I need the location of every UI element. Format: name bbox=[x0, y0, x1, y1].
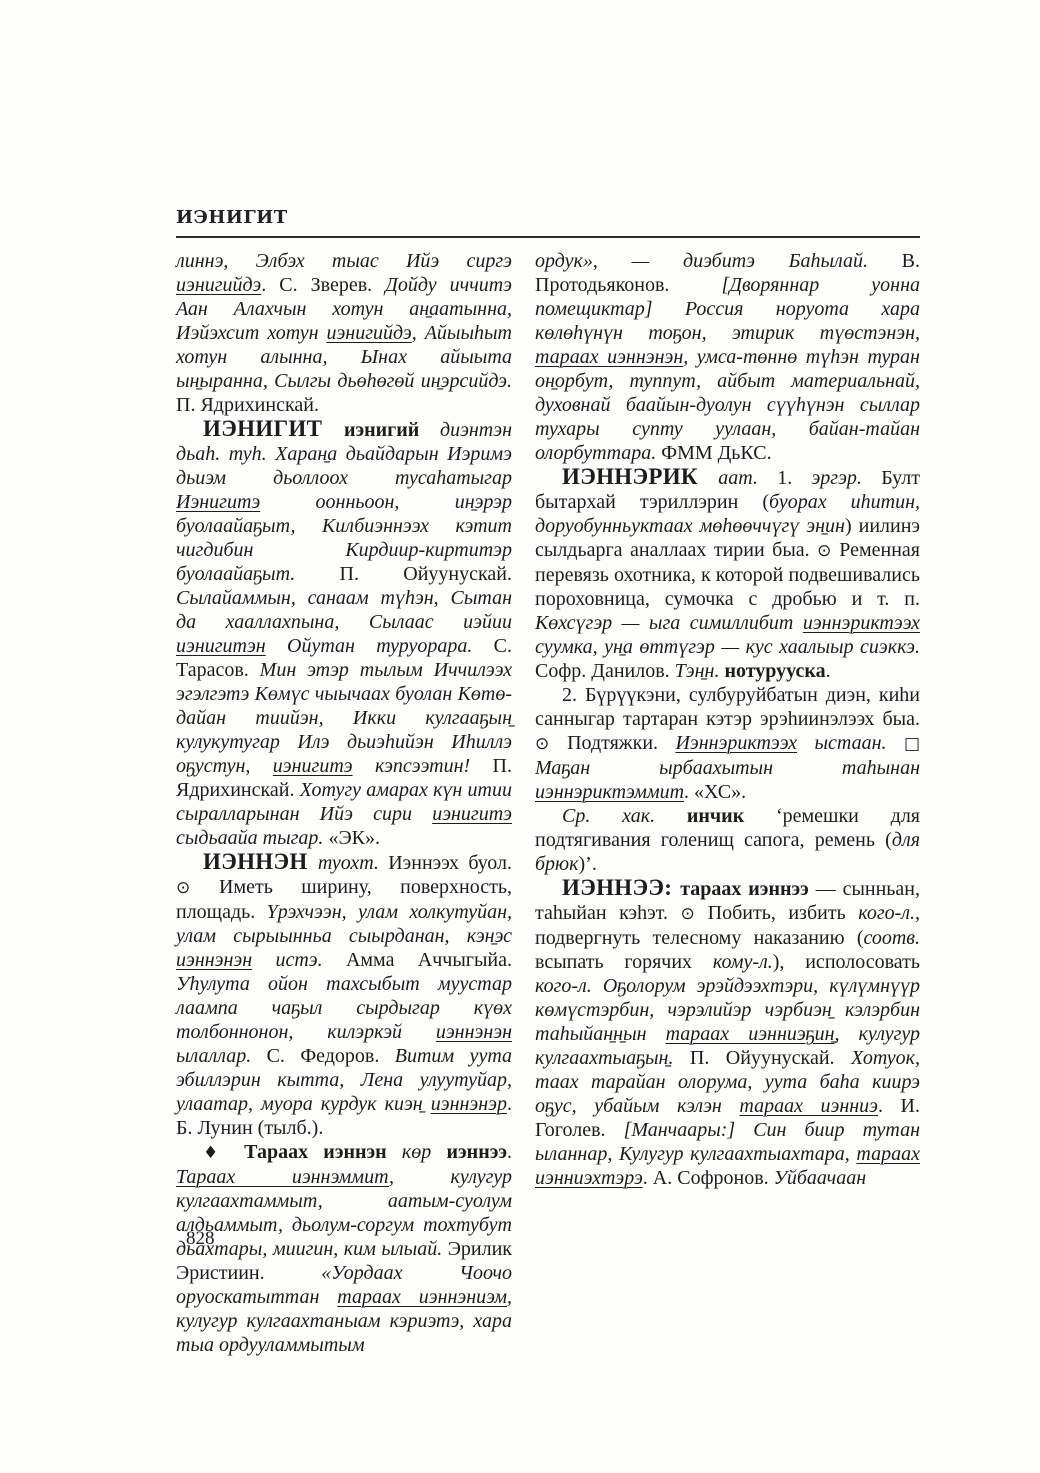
italic-text: соотв. bbox=[863, 927, 920, 949]
text: 2. Бүрүүкэни, сулбуруйбатын диэн, киһи с… bbox=[535, 684, 920, 730]
cited-form: Иэннэриктээх bbox=[675, 732, 797, 754]
text: П. Ойуунускай. bbox=[673, 1047, 851, 1069]
text: С. Федоров. bbox=[251, 1045, 395, 1067]
paragraph: ИЭННЭЭ: тараах иэннээ — сынньан, таһыйан… bbox=[535, 876, 920, 1190]
dictionary-page: ИЭНИГИТ линнэ, Элбэх тыас Ийэ сиргэ иэни… bbox=[0, 0, 1040, 1473]
italic-text: Маҕан ырбаахытын таһынан bbox=[535, 757, 920, 779]
paragraph: ИЭНИГИТ иэнигий диэнтэн дьаһ. туһ. Харан… bbox=[176, 417, 512, 850]
italic-text: Ойутан туруорара. bbox=[266, 635, 473, 657]
headword: ИЭННЭН bbox=[203, 849, 318, 874]
headword: ИЭННЭРИК bbox=[562, 464, 718, 489]
text: . bbox=[826, 660, 831, 682]
text: Амма Аччыгыйа. bbox=[323, 949, 512, 971]
text: всыпать горячих bbox=[535, 951, 713, 973]
bold-text: нотурууска bbox=[724, 660, 825, 682]
italic-text: Ср. хак. bbox=[562, 805, 687, 827]
paragraph: Ср. хак. инчик ‘ремешки для подтягивания… bbox=[535, 804, 920, 876]
italic-text: ордук», — диэбитэ Баһылай. bbox=[535, 250, 868, 272]
italic-text: кому-л. bbox=[713, 951, 773, 973]
cited-form: тараах иэннэниэм bbox=[337, 1286, 507, 1308]
italic-text: Көхсүгэр — ыга симиллибит bbox=[535, 612, 803, 634]
text-columns: линнэ, Элбэх тыас Ийэ сиргэ иэнигийдэ. С… bbox=[176, 249, 920, 1357]
symbol: ⊙ bbox=[176, 878, 219, 898]
symbol: ⊙ bbox=[817, 541, 839, 561]
cited-form: тараах иэннэнэн bbox=[535, 346, 683, 368]
cited-form: иэнигийдэ bbox=[326, 322, 411, 344]
headword: ИЭННЭЭ: bbox=[562, 875, 680, 900]
italic-text: туохт. bbox=[318, 852, 388, 874]
paragraph: ордук», — диэбитэ Баһылай. В. Протодьяко… bbox=[535, 249, 920, 465]
cited-form: иэннэриктэммит bbox=[535, 781, 684, 803]
text: )’. bbox=[579, 853, 597, 875]
cited-form: иэнигитэ bbox=[273, 755, 353, 777]
italic-text: кого-л. bbox=[858, 902, 915, 924]
text: П. Ойуунускай. bbox=[295, 563, 512, 585]
dictionary-column-right: ордук», — диэбитэ Баһылай. В. Протодьяко… bbox=[535, 249, 920, 1357]
text bbox=[887, 732, 904, 754]
text: «ЭК». bbox=[323, 827, 380, 849]
text: Подтяжки. bbox=[567, 732, 675, 754]
italic-text: Сылайаммын, санаам түһэн, Сытан да хаалл… bbox=[176, 587, 512, 633]
italic-text: эргэр. bbox=[811, 467, 881, 489]
text: . bbox=[507, 1141, 512, 1163]
paragraph: ♦ Тараах иэннэн көр иэннээ. Тараах иэннэ… bbox=[176, 1140, 512, 1357]
cited-form: тараах иэнниэ bbox=[739, 1095, 878, 1117]
cited-form: иэннэнэн bbox=[436, 1021, 512, 1043]
headword: ИЭНИГИТ bbox=[203, 416, 344, 441]
text: ), исполосовать bbox=[773, 951, 920, 973]
text: . «ХС». bbox=[684, 781, 746, 803]
cited-form: иэнигийдэ bbox=[176, 274, 261, 296]
text: П. Ядрихинскай. bbox=[176, 394, 319, 416]
paragraph: линнэ, Элбэх тыас Ийэ сиргэ иэнигийдэ. С… bbox=[176, 249, 512, 417]
symbol: ♦ bbox=[203, 1143, 244, 1163]
bold-text: тараах иэннээ bbox=[680, 878, 816, 900]
cited-form: иэнигитэ bbox=[432, 803, 512, 825]
paragraph: 2. Бүрүүкэни, сулбуруйбатын диэн, киһи с… bbox=[535, 683, 920, 804]
paragraph: ИЭННЭН туохт. Иэннээх буол. ⊙ Иметь шири… bbox=[176, 850, 512, 1140]
text: Иэннээх буол. bbox=[388, 852, 512, 874]
paragraph: ИЭННЭРИК аат. 1. эргэр. Булт бытархай тэ… bbox=[535, 465, 920, 683]
text: Софр. Данилов. bbox=[535, 660, 675, 682]
bold-text: иэнигий bbox=[344, 419, 440, 441]
cited-form: Тараах иэннэммит bbox=[176, 1166, 389, 1188]
symbol: □ bbox=[904, 734, 920, 754]
italic-text: ыстаан. bbox=[797, 732, 886, 754]
italic-text: кэпсээтин! bbox=[353, 755, 471, 777]
italic-text: ылаллар. bbox=[176, 1045, 251, 1067]
text: . С. Зверев. bbox=[261, 274, 385, 296]
cited-form: иэннэриктээх bbox=[803, 612, 920, 634]
page-number: 828 bbox=[186, 1228, 215, 1250]
italic-text: Уйбаачаан bbox=[774, 1167, 866, 1189]
italic-text: көр bbox=[402, 1141, 447, 1163]
italic-text: сыдьаайа тыгар. bbox=[176, 827, 323, 849]
cited-form: иэннэнэр bbox=[431, 1093, 507, 1115]
cited-form: иэннэнэн bbox=[176, 949, 252, 971]
italic-text: линнэ, Элбэх тыас Ийэ сиргэ bbox=[176, 250, 512, 272]
italic-text: истэ. bbox=[252, 949, 322, 971]
bold-text: инчик bbox=[687, 805, 776, 827]
cited-form: Иэнигитэ bbox=[176, 491, 260, 513]
italic-text: Тэн̱н. bbox=[675, 660, 725, 682]
dictionary-column-left: линнэ, Элбэх тыас Ийэ сиргэ иэнигийдэ. С… bbox=[176, 249, 512, 1357]
italic-text: суумка, ун̱а өттүгэр — кус хаалыыр сиэкк… bbox=[535, 636, 920, 658]
text: Побить, избить bbox=[708, 902, 859, 924]
text: ФММ ДьКС. bbox=[656, 442, 771, 464]
bold-text: иэннээ bbox=[447, 1141, 508, 1163]
symbol: ⊙ bbox=[535, 734, 567, 754]
running-header: ИЭНИГИТ bbox=[176, 207, 920, 238]
text: 1. bbox=[777, 467, 811, 489]
italic-text: аат. bbox=[718, 467, 777, 489]
cited-form: иэнигитэн bbox=[176, 635, 266, 657]
text: . А. Софронов. bbox=[643, 1167, 774, 1189]
bold-text: Тараах иэннэн bbox=[244, 1141, 402, 1163]
symbol: ⊙ bbox=[680, 904, 707, 924]
cited-form: тараах иэнниэҕин̱ bbox=[666, 1023, 835, 1045]
